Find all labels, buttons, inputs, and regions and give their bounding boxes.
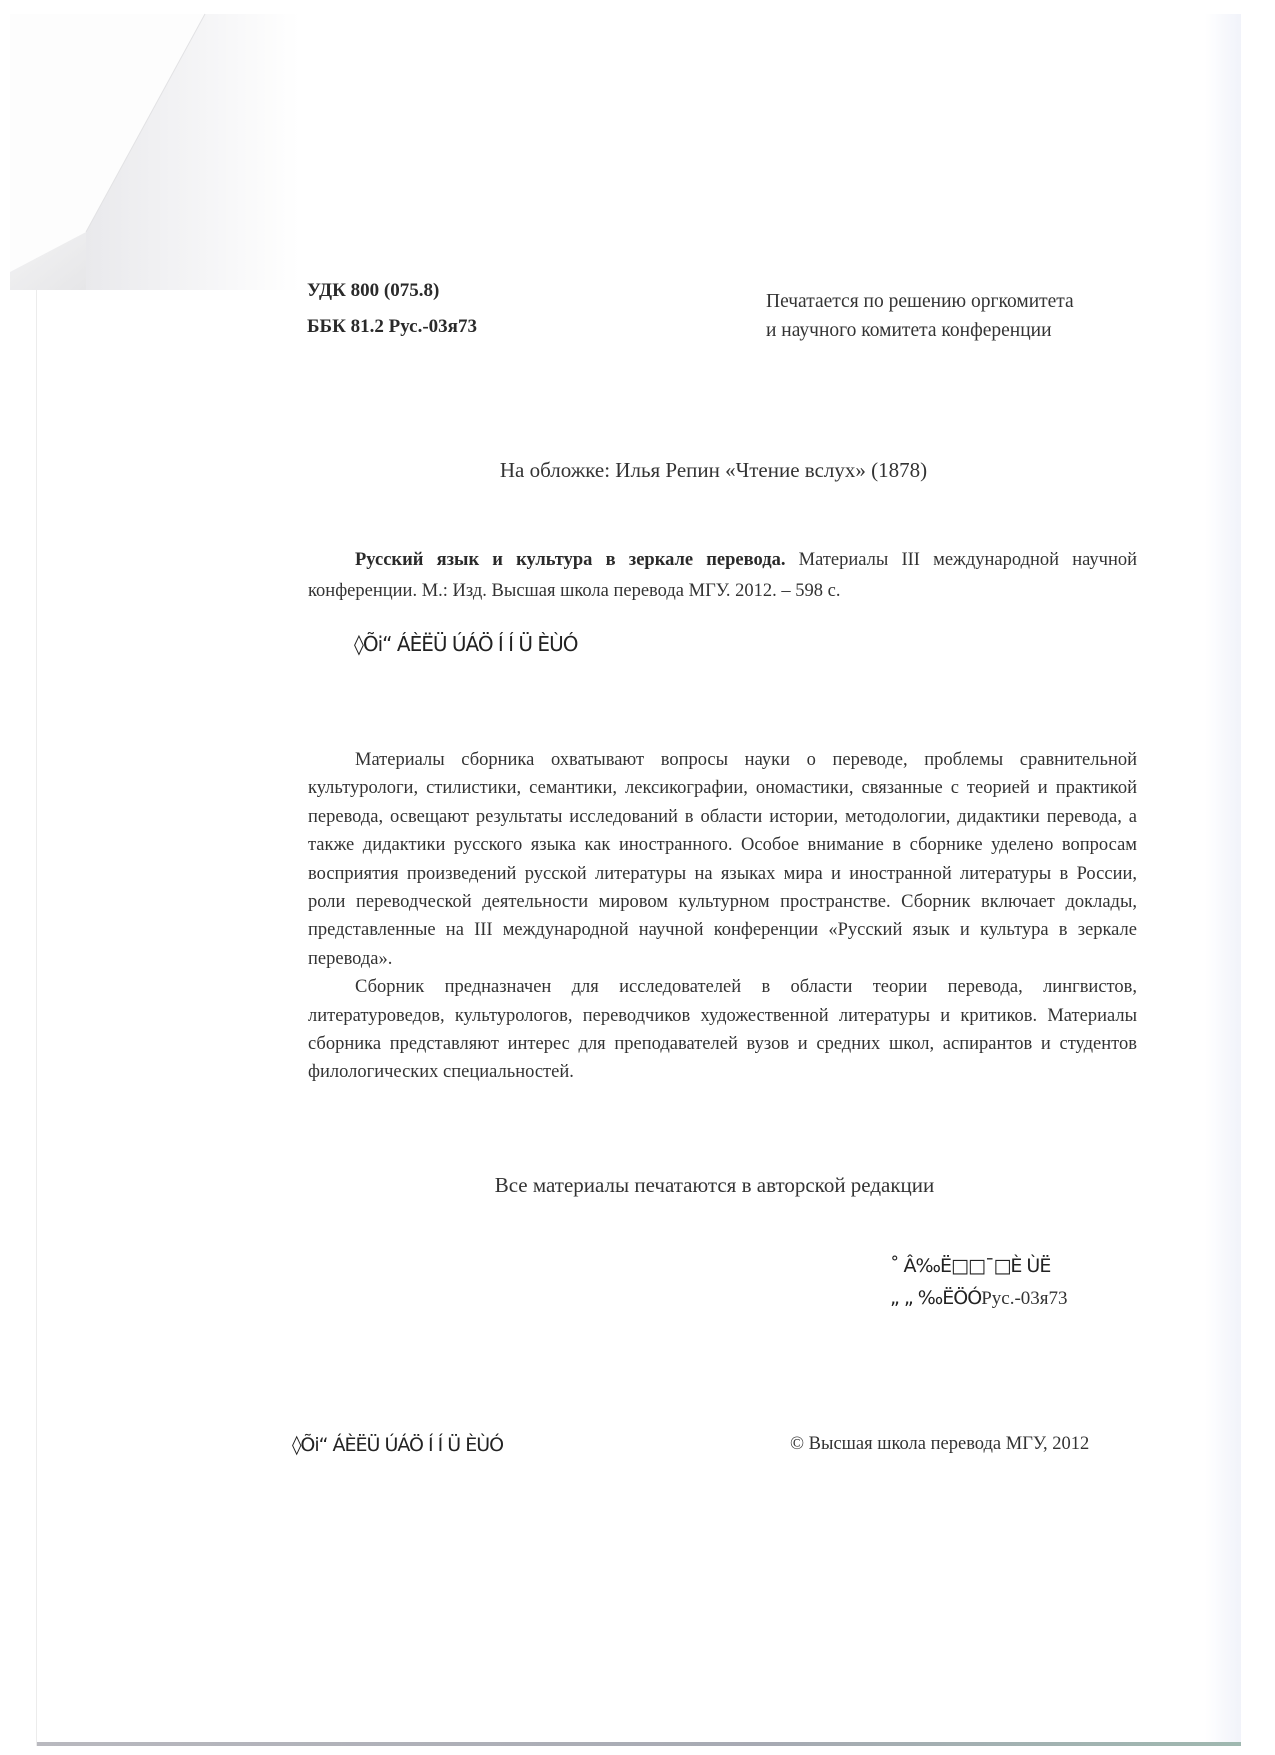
- folded-corner: [0, 0, 300, 290]
- author-edition-text: Все материалы печатаются в авторской ред…: [495, 1173, 935, 1197]
- abstract: Материалы сборника охватывают вопросы на…: [308, 746, 1137, 1087]
- approval-line-1: Печатается по решению оргкомитета: [766, 287, 1146, 316]
- abstract-paragraph-2: Сборник предназначен для исследователей …: [308, 973, 1137, 1087]
- abstract-paragraph-1: Материалы сборника охватывают вопросы на…: [308, 746, 1137, 973]
- approval-line-2: и научного комитета конференции: [766, 316, 1146, 345]
- copyright-notice: © Высшая школа перевода МГУ, 2012: [790, 1434, 1089, 1455]
- scanned-page-background: УДК 800 (075.8) ББК 81.2 Рус.-03я73 Печа…: [0, 0, 1275, 1755]
- codes-line-2-garbled: „ „ ‰ËÖÓ: [890, 1287, 981, 1309]
- approval-note: Печатается по решению оргкомитета и науч…: [766, 287, 1146, 345]
- page-bottom-edge: [37, 1742, 1241, 1746]
- cover-note-text: На обложке: Илья Репин «Чтение вслух» (1…: [500, 458, 927, 482]
- isbn-garbled-top: ◊Õi“ ÁÈËÜ ÚÁÖ Í Í Ü ÈÙÓ: [354, 632, 577, 656]
- codes-line-2-tail: Рус.-03я73: [981, 1288, 1067, 1309]
- isbn-garbled-bottom: ◊Õi“ ÁÈËÜ ÚÁÖ Í Í Ü ÈÙÓ: [292, 1434, 503, 1456]
- cover-note: На обложке: Илья Репин «Чтение вслух» (1…: [0, 458, 1275, 483]
- page-edge-shadow: [1205, 14, 1241, 1746]
- udk-code: УДК 800 (075.8): [307, 280, 439, 302]
- author-edition-note: Все материалы печатаются в авторской ред…: [0, 1173, 1275, 1198]
- bibliographic-citation: Русский язык и культура в зеркале перево…: [308, 545, 1137, 607]
- codes-line-1: ˚ Â‰Ë□□¯□È ÙË: [890, 1250, 1068, 1282]
- codes-line-2: „ „ ‰ËÖÓРус.-03я73: [890, 1282, 1068, 1315]
- book-title: Русский язык и культура в зеркале перево…: [355, 550, 785, 570]
- folded-corner-icon: [0, 0, 300, 290]
- classification-codes-garbled: ˚ Â‰Ë□□¯□È ÙË „ „ ‰ËÖÓРус.-03я73: [890, 1250, 1068, 1315]
- bbk-code: ББК 81.2 Рус.-03я73: [307, 316, 477, 338]
